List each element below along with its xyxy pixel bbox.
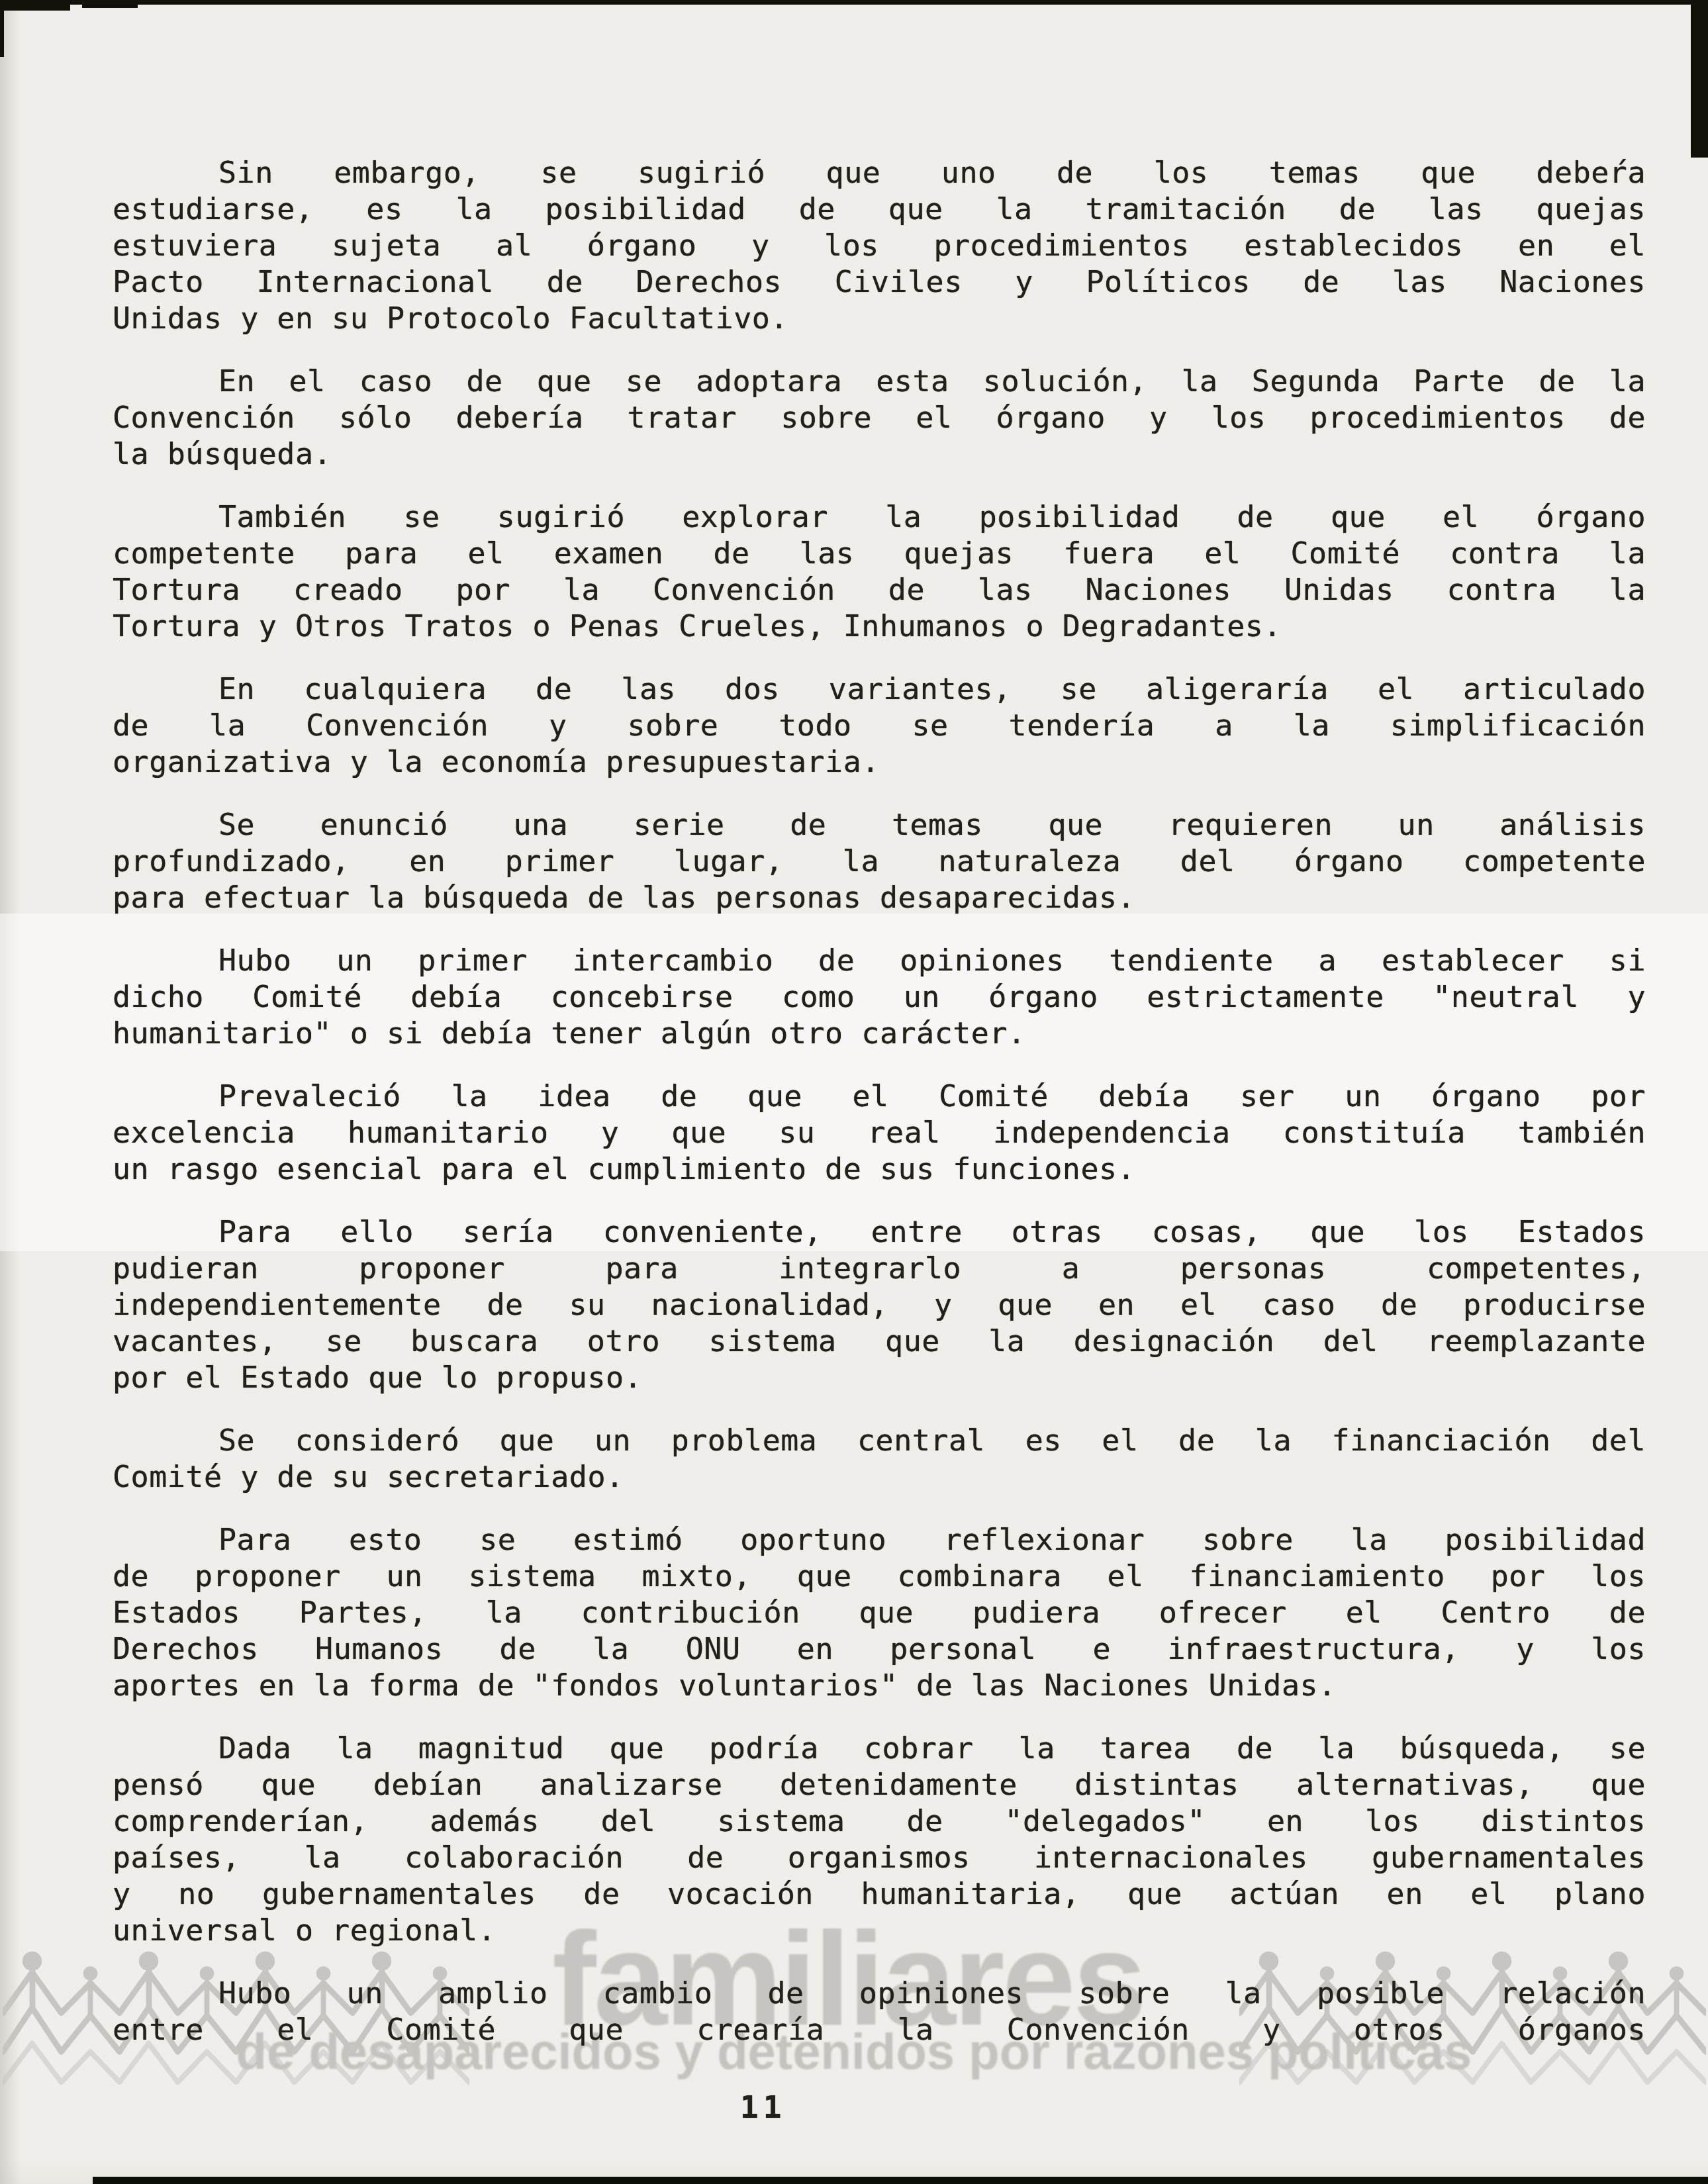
- page-number: 11: [740, 2089, 786, 2125]
- paragraph: Prevaleció la idea de que el Comité debí…: [113, 1078, 1646, 1187]
- text-line: Hubo un amplio cambio de opiniones sobre…: [113, 1975, 1646, 2011]
- text-line: comprenderían, además del sistema de "de…: [113, 1803, 1646, 1839]
- paragraph: Para esto se estimó oportuno reflexionar…: [113, 1521, 1646, 1703]
- scan-edge-right: [1691, 0, 1708, 158]
- text-line: En el caso de que se adoptara esta soluc…: [113, 363, 1646, 399]
- paragraph: Se enunció una serie de temas que requie…: [113, 806, 1646, 916]
- scan-edge-top-mark: [0, 0, 70, 11]
- text-line: pensó que debían analizarse detenidament…: [113, 1766, 1646, 1803]
- text-line: organizativa y la economía presupuestari…: [113, 743, 1646, 780]
- text-line: estuviera sujeta al órgano y los procedi…: [113, 227, 1646, 263]
- text-line: por el Estado que lo propuso.: [113, 1359, 1646, 1396]
- paragraph: En el caso de que se adoptara esta soluc…: [113, 363, 1646, 472]
- paragraph: También se sugirió explorar la posibilid…: [113, 499, 1646, 644]
- paragraph: En cualquiera de las dos variantes, se a…: [113, 671, 1646, 780]
- text-line: Estados Partes, la contribución que pudi…: [113, 1594, 1646, 1631]
- text-line: Prevaleció la idea de que el Comité debí…: [113, 1078, 1646, 1114]
- text-line: estudiarse, es la posibilidad de que la …: [113, 191, 1646, 227]
- text-line: un rasgo esencial para el cumplimiento d…: [113, 1151, 1646, 1187]
- text-line: Tortura y Otros Tratos o Penas Crueles, …: [113, 608, 1646, 644]
- text-line: Se consideró que un problema central es …: [113, 1422, 1646, 1458]
- text-line: aportes en la forma de "fondos voluntari…: [113, 1667, 1646, 1703]
- paragraph: Se consideró que un problema central es …: [113, 1422, 1646, 1495]
- scan-edge-top-mark: [82, 0, 138, 8]
- text-line: excelencia humanitario y que su real ind…: [113, 1114, 1646, 1151]
- paragraph: Para ello sería conveniente, entre otras…: [113, 1213, 1646, 1396]
- text-line: En cualquiera de las dos variantes, se a…: [113, 671, 1646, 707]
- text-block: Sin embargo, se sugirió que uno de los t…: [113, 154, 1646, 2074]
- scan-edge-left: [0, 0, 4, 57]
- text-line: vacantes, se buscara otro sistema que la…: [113, 1323, 1646, 1359]
- paragraph: Hubo un amplio cambio de opiniones sobre…: [113, 1975, 1646, 2048]
- text-line: universal o regional.: [113, 1912, 1646, 1948]
- text-line: También se sugirió explorar la posibilid…: [113, 499, 1646, 535]
- text-line: humanitario" o si debía tener algún otro…: [113, 1015, 1646, 1051]
- text-line: entre el Comité que crearía la Convenció…: [113, 2011, 1646, 2048]
- text-line: de proponer un sistema mixto, que combin…: [113, 1558, 1646, 1594]
- text-line: Derechos Humanos de la ONU en personal e…: [113, 1631, 1646, 1667]
- text-line: profundizado, en primer lugar, la natura…: [113, 843, 1646, 879]
- text-line: países, la colaboración de organismos in…: [113, 1839, 1646, 1875]
- paragraph: Hubo un primer intercambio de opiniones …: [113, 942, 1646, 1051]
- scan-edge-bottom: [93, 2177, 1708, 2184]
- text-line: para efectuar la búsqueda de las persona…: [113, 879, 1646, 916]
- text-line: Hubo un primer intercambio de opiniones …: [113, 942, 1646, 978]
- text-line: pudieran proponer para integrarlo a pers…: [113, 1250, 1646, 1286]
- text-line: de la Convención y sobre todo se tenderí…: [113, 707, 1646, 743]
- paragraph: Sin embargo, se sugirió que uno de los t…: [113, 154, 1646, 336]
- text-line: Se enunció una serie de temas que requie…: [113, 806, 1646, 843]
- text-line: Pacto Internacional de Derechos Civiles …: [113, 263, 1646, 300]
- text-line: Unidas y en su Protocolo Facultativo.: [113, 300, 1646, 336]
- text-line: competente para el examen de las quejas …: [113, 535, 1646, 571]
- text-line: Para esto se estimó oportuno reflexionar…: [113, 1521, 1646, 1558]
- text-line: Dada la magnitud que podría cobrar la ta…: [113, 1730, 1646, 1766]
- text-line: y no gubernamentales de vocación humanit…: [113, 1875, 1646, 1912]
- text-line: dicho Comité debía concebirse como un ór…: [113, 978, 1646, 1015]
- text-line: independientemente de su nacionalidad, y…: [113, 1286, 1646, 1323]
- scan-edge-top: [0, 0, 1708, 5]
- text-line: Convención sólo debería tratar sobre el …: [113, 399, 1646, 436]
- text-line: Tortura creado por la Convención de las …: [113, 571, 1646, 608]
- text-line: Comité y de su secretariado.: [113, 1458, 1646, 1495]
- text-line: Para ello sería conveniente, entre otras…: [113, 1213, 1646, 1250]
- text-line: la búsqueda.: [113, 436, 1646, 472]
- text-line: Sin embargo, se sugirió que uno de los t…: [113, 154, 1646, 191]
- paragraph: Dada la magnitud que podría cobrar la ta…: [113, 1730, 1646, 1948]
